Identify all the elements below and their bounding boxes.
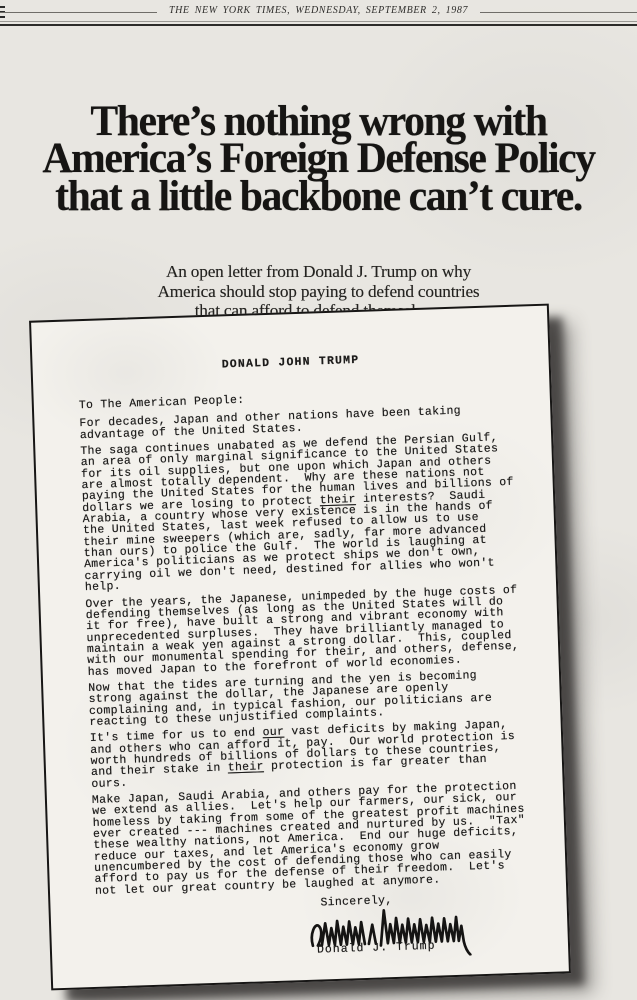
- headline-line-3: that a little backbone can’t cure.: [10, 178, 628, 216]
- subhead-line-2: America should stop paying to defend cou…: [0, 282, 637, 302]
- masthead-rule-right: [480, 12, 637, 13]
- subhead-line-1: An open letter from Donald J. Trump on w…: [0, 262, 637, 282]
- letter-paragraph: It's time for us to end our vast deficit…: [90, 718, 547, 790]
- masthead-rule-thick: [0, 24, 637, 26]
- masthead-rule-thin: [0, 21, 637, 22]
- newspaper-page: THE NEW YORK TIMES, WEDNESDAY, SEPTEMBER…: [0, 0, 637, 1000]
- headline-line-1: There’s nothing wrong with: [10, 103, 628, 141]
- masthead-rule-left: [0, 12, 157, 13]
- masthead: THE NEW YORK TIMES, WEDNESDAY, SEPTEMBER…: [0, 5, 637, 16]
- letter-paper: DONALD JOHN TRUMP To The American People…: [29, 304, 571, 991]
- letter-content: To The American People: For decades, Jap…: [79, 385, 552, 964]
- headline: There’s nothing wrong with America’s For…: [10, 103, 628, 216]
- letter-paragraph: Make Japan, Saudi Arabia, and others pay…: [92, 780, 550, 897]
- masthead-title: THE NEW YORK TIMES, WEDNESDAY, SEPTEMBER…: [169, 5, 468, 16]
- letter-paragraph: The saga continues unabated as we defend…: [80, 431, 540, 593]
- letter-body: For decades, Japan and other nations hav…: [79, 403, 550, 897]
- letterhead-name: DONALD JOHN TRUMP: [32, 348, 548, 378]
- letter-paragraph: Over the years, the Japanese, unimpeded …: [85, 584, 542, 678]
